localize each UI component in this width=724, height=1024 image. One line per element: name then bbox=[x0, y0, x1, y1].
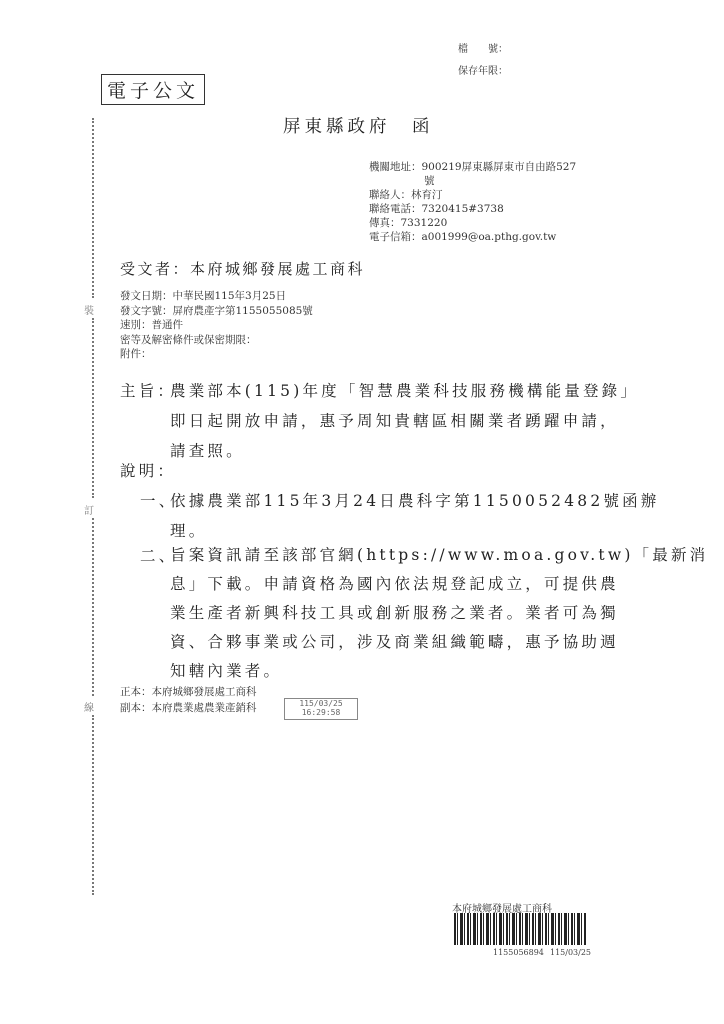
issue-date-label: 發文日期： bbox=[120, 290, 173, 302]
binding-dotted-line bbox=[92, 518, 94, 696]
binding-dotted-line bbox=[92, 715, 94, 895]
doc-number-value: 屏府農產字第1155055085號 bbox=[173, 305, 313, 317]
barcode-number: 1155056894 bbox=[493, 948, 544, 957]
contact-person-value: 林育汀 bbox=[411, 189, 443, 201]
subject-line: 請查照。 bbox=[170, 436, 639, 466]
binding-mark-ding: 訂 bbox=[84, 502, 94, 517]
contact-block: 機關地址：900219屏東縣屏東市自由路527 號 聯絡人：林育汀 聯絡電話：7… bbox=[369, 160, 576, 244]
recipient-value: 本府城鄉發展處工商科 bbox=[190, 260, 365, 278]
barcode-date: 115/03/25 bbox=[550, 948, 591, 957]
e-document-badge: 電子公文 bbox=[101, 74, 205, 105]
address-label: 機關地址： bbox=[369, 161, 422, 173]
doc-number-label: 發文字號： bbox=[120, 305, 173, 317]
meta-block: 發文日期：中華民國115年3月25日 發文字號：屏府農產字第1155055085… bbox=[120, 289, 313, 362]
email-value: a001999@oa.pthg.gov.tw bbox=[422, 231, 557, 243]
security-label: 密等及解密條件或保密期限： bbox=[120, 334, 257, 346]
copy-recipient-value: 本府農業處農業產銷科 bbox=[152, 702, 257, 714]
speed-label: 速別： bbox=[120, 319, 152, 331]
document-title: 屏東縣政府 函 bbox=[283, 113, 434, 138]
recipient: 受文者：本府城鄉發展處工商科 bbox=[120, 258, 365, 279]
receipt-timestamp-stamp: 115/03/25 16:29:58 bbox=[284, 698, 358, 720]
subject-line: 農業部本(115)年度「智慧農業科技服務機構能量登錄」 bbox=[170, 376, 639, 406]
issue-date-value: 中華民國115年3月25日 bbox=[173, 290, 287, 302]
stamp-date: 115/03/25 bbox=[285, 699, 357, 708]
explanation-line: 依據農業部115年3月24日農科字第1150052482號函辦 bbox=[170, 486, 660, 516]
explanation-line: 知轄內業者。 bbox=[170, 657, 708, 686]
address-value: 900219屏東縣屏東市自由路527 bbox=[422, 161, 577, 173]
explanation-line: 資、合夥事業或公司，涉及商業組織範疇，惠予協助週 bbox=[170, 628, 708, 657]
subject-line: 即日起開放申請，惠予周知貴轄區相關業者踴躍申請， bbox=[170, 406, 639, 436]
subject-label: 主旨： bbox=[120, 376, 176, 406]
phone-value: 7320415#3738 bbox=[422, 203, 504, 215]
binding-mark-xian: 線 bbox=[84, 699, 94, 714]
phone-label: 聯絡電話： bbox=[369, 203, 422, 215]
original-recipient-label: 正本： bbox=[120, 686, 152, 698]
attachment-label: 附件： bbox=[120, 348, 152, 360]
retention-period-label: 保存年限： bbox=[458, 62, 508, 77]
contact-person-label: 聯絡人： bbox=[369, 189, 411, 201]
explanation-label: 說明： bbox=[120, 456, 176, 486]
subject-body: 農業部本(115)年度「智慧農業科技服務機構能量登錄」 即日起開放申請，惠予周知… bbox=[170, 376, 639, 466]
fax-value: 7331220 bbox=[401, 217, 448, 229]
original-recipient-value: 本府城鄉發展處工商科 bbox=[152, 686, 257, 698]
explanation-line: 息」下載。申請資格為國內依法規登記成立，可提供農 bbox=[170, 570, 708, 599]
speed-value: 普通件 bbox=[152, 319, 184, 331]
explanation-item-1: 依據農業部115年3月24日農科字第1150052482號函辦 理。 bbox=[170, 486, 660, 546]
binding-mark-zhuang: 裝 bbox=[84, 302, 94, 317]
explanation-line: 旨案資訊請至該部官網(https://www.moa.gov.tw)「最新消 bbox=[170, 541, 708, 570]
stamp-time: 16:29:58 bbox=[285, 708, 357, 717]
barcode-image bbox=[454, 913, 586, 945]
fax-label: 傳真： bbox=[369, 217, 401, 229]
distribution-block: 正本：本府城鄉發展處工商科 副本：本府農業處農業產銷科 bbox=[120, 684, 257, 716]
explanation-line: 業生產者新興科技工具或創新服務之業者。業者可為獨 bbox=[170, 599, 708, 628]
binding-dotted-line bbox=[92, 118, 94, 298]
copy-recipient-label: 副本： bbox=[120, 702, 152, 714]
explanation-item-2: 旨案資訊請至該部官網(https://www.moa.gov.tw)「最新消 息… bbox=[170, 541, 708, 686]
recipient-label: 受文者： bbox=[120, 260, 190, 278]
file-number-label: 檔 號： bbox=[458, 40, 508, 55]
email-label: 電子信箱： bbox=[369, 231, 422, 243]
address-continuation: 號 bbox=[369, 174, 576, 188]
binding-dotted-line bbox=[92, 318, 94, 498]
